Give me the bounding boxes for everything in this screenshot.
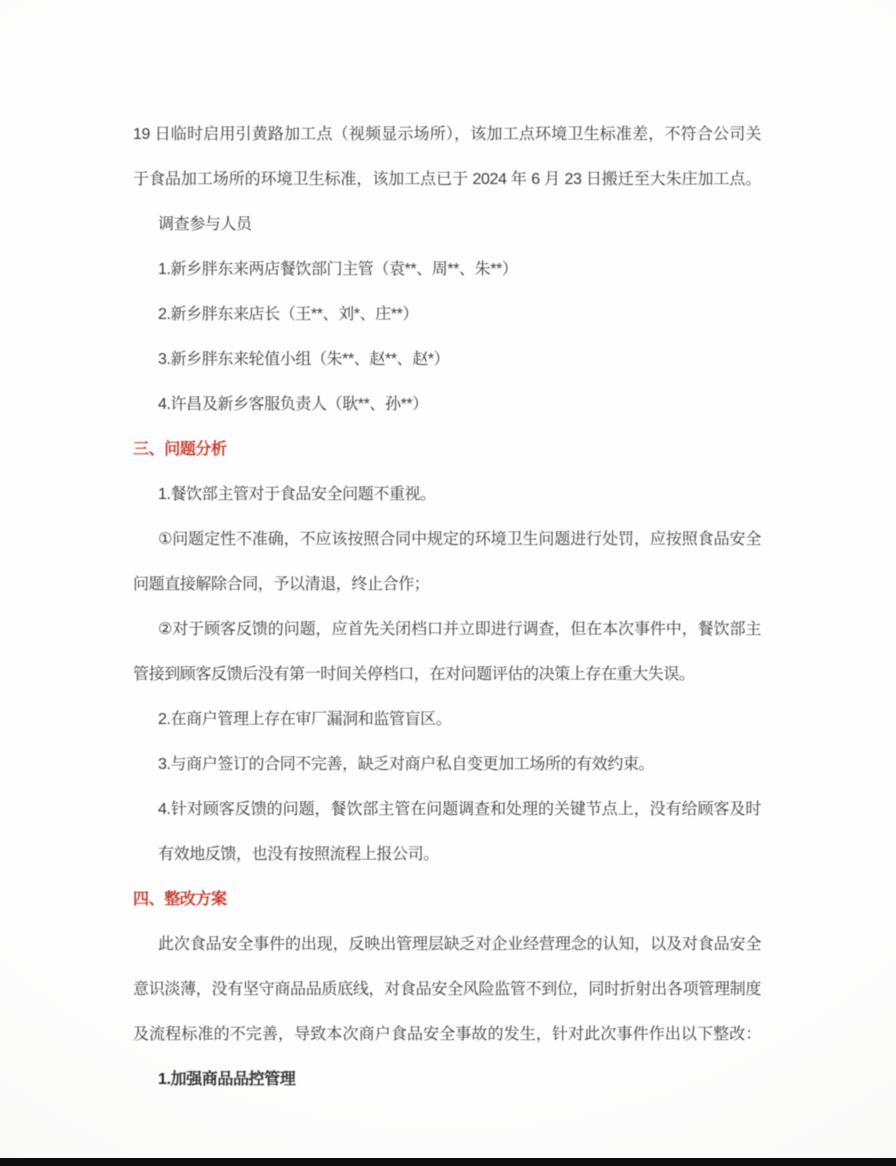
text-line: 3.与商户签订的合同不完善，缺乏对商户私自变更加工场所的有效约束。 [133,742,761,787]
text-line: 2.在商户管理上存在审厂漏洞和监管盲区。 [133,697,761,742]
text-line: 4.许昌及新乡客服负责人（耿**、孙**） [133,382,761,427]
section-heading: 三、问题分析 [133,427,761,472]
text-line: 1.加强商品品控管理 [133,1057,761,1102]
section-heading: 四、整改方案 [133,877,761,922]
text-line: 4.针对顾客反馈的问题，餐饮部主管在问题调查和处理的关键节点上，没有给顾客及时 [133,787,761,832]
footer-bar [0,1158,896,1166]
text-line: 此次食品安全事件的出现，反映出管理层缺乏对企业经营理念的认知，以及对食品安全 [133,922,761,967]
text-line: 19 日临时启用引黄路加工点（视频显示场所），该加工点环境卫生标准差，不符合公司… [133,112,761,157]
text-line: 意识淡薄，没有坚守商品品质底线，对食品安全风险监管不到位，同时折射出各项管理制度 [133,967,761,1012]
text-line: 2.新乡胖东来店长（王**、刘*、庄**） [133,292,761,337]
text-line: 问题直接解除合同，予以清退，终止合作； [133,562,761,607]
text-line: 3.新乡胖东来轮值小组（朱**、赵**、赵*） [133,337,761,382]
text-line: 有效地反馈，也没有按照流程上报公司。 [133,832,761,877]
text-line: ②对于顾客反馈的问题，应首先关闭档口并立即进行调查，但在本次事件中，餐饮部主 [133,607,761,652]
text-line: 1.餐饮部主管对于食品安全问题不重视。 [133,472,761,517]
text-line: 于食品加工场所的环境卫生标准，该加工点已于 2024 年 6 月 23 日搬迁至… [133,157,761,202]
document-page: 19 日临时启用引黄路加工点（视频显示场所），该加工点环境卫生标准差，不符合公司… [0,0,896,1166]
text-line: 调查参与人员 [133,202,761,247]
text-line: ①问题定性不准确，不应该按照合同中规定的环境卫生问题进行处罚，应按照食品安全 [133,517,761,562]
text-line: 及流程标准的不完善，导致本次商户食品安全事故的发生，针对此次事件作出以下整改： [133,1012,761,1057]
document-body: 19 日临时启用引黄路加工点（视频显示场所），该加工点环境卫生标准差，不符合公司… [133,112,761,1102]
text-line: 管接到顾客反馈后没有第一时间关停档口，在对问题评估的决策上存在重大失误。 [133,652,761,697]
text-line: 1.新乡胖东来两店餐饮部门主管（袁**、周**、朱**） [133,247,761,292]
